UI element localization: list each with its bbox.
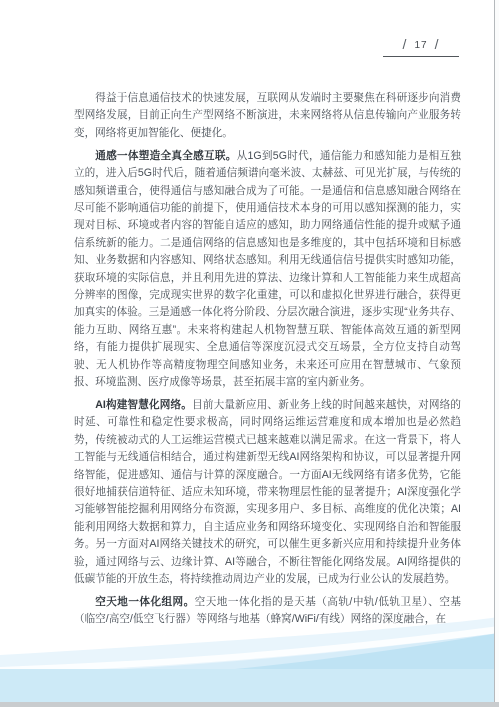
page-bottom-edge xyxy=(0,702,499,707)
document-page: /17/ 得益于信息通信技术的快速发展，互联网从发端时主要聚焦在科研逐步向消费型… xyxy=(0,0,499,707)
paragraph-lead: 通感一体塑造全真全感互联。 xyxy=(95,150,236,162)
body-text: 得益于信息通信技术的快速发展，互联网从发端时主要聚焦在科研逐步向消费型网络发展，… xyxy=(74,90,461,634)
page-number: 17 xyxy=(414,40,427,51)
page-right-edge xyxy=(494,0,499,707)
paragraph-text: 得益于信息通信技术的快速发展，互联网从发端时主要聚焦在科研逐步向消费型网络发展，… xyxy=(74,92,461,139)
bottom-wave-decoration xyxy=(0,617,499,707)
paragraph-text: 从1G到5G时代，通信能力和感知能力是相互独立的，进入后5G时代后，随着通信频谱… xyxy=(74,150,461,388)
paragraph-intro: 得益于信息通信技术的快速发展，互联网从发端时主要聚焦在科研逐步向消费型网络发展，… xyxy=(74,90,461,142)
page-number-slash-left: / xyxy=(403,39,408,50)
page-number-slash-right: / xyxy=(435,39,440,50)
paragraph-lead: 空天地一体化组网。 xyxy=(95,596,194,608)
page-number-block: /17/ xyxy=(383,38,459,57)
paragraph-text: 目前大量新应用、新业务上线的时间越来越快，对网络的时延、可靠性和稳定性要求极高，… xyxy=(74,399,461,585)
paragraph-lead: AI构建智慧化网络。 xyxy=(95,399,192,411)
paragraph-ai-network: AI构建智慧化网络。目前大量新应用、新业务上线的时间越来越快，对网络的时延、可靠… xyxy=(74,397,461,588)
paragraph-sensing-communication: 通感一体塑造全真全感互联。从1G到5G时代，通信能力和感知能力是相互独立的，进入… xyxy=(74,148,461,392)
